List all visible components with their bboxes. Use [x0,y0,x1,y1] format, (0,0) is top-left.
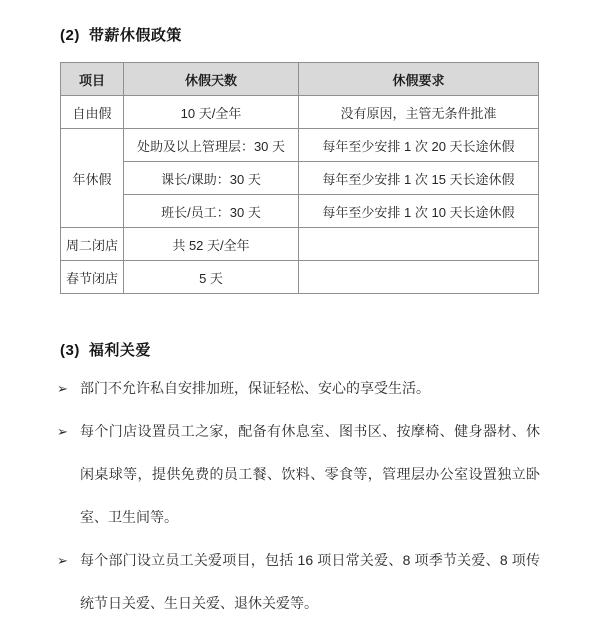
list-item: ➢ 每个门店设置员工之家，配备有休息室、图书区、按摩椅、健身器材、休闲桌球等，提… [60,410,540,539]
cell-days: 课长/课助：30 天 [124,162,299,195]
table-header-item: 项目 [61,63,124,96]
arrow-bullet-icon: ➢ [57,367,68,410]
arrow-bullet-icon: ➢ [57,539,68,582]
table-row: 课长/课助：30 天 每年至少安排 1 次 15 天长途休假 [61,162,539,195]
list-item: ➢ 部门不允许私自安排加班，保证轻松、安心的享受生活。 [60,367,540,410]
cell-requirement: 每年至少安排 1 次 20 天长途休假 [299,129,539,162]
section-number: (3) [60,342,80,359]
cell-requirement: 没有原因，主管无条件批准 [299,96,539,129]
table-header-days: 休假天数 [124,63,299,96]
section-heading-paid-leave: (2)带薪休假政策 [60,26,540,46]
table-header-row: 项目 休假天数 休假要求 [61,63,539,96]
table-row: 周二闭店 共 52 天/全年 [61,228,539,261]
cell-item: 春节闭店 [61,261,124,294]
cell-days: 处助及以上管理层：30 天 [124,129,299,162]
bullet-text: 每个门店设置员工之家，配备有休息室、图书区、按摩椅、健身器材、休闲桌球等，提供免… [80,423,540,525]
section-title: 带薪休假政策 [89,27,182,44]
section-number: (2) [60,27,80,44]
cell-requirement [299,261,539,294]
table-row: 年休假 处助及以上管理层：30 天 每年至少安排 1 次 20 天长途休假 [61,129,539,162]
arrow-bullet-icon: ➢ [57,410,68,453]
paid-leave-table: 项目 休假天数 休假要求 自由假 10 天/全年 没有原因，主管无条件批准 年休… [60,62,539,294]
cell-requirement [299,228,539,261]
welfare-bullet-list: ➢ 部门不允许私自安排加班，保证轻松、安心的享受生活。 ➢ 每个门店设置员工之家… [60,367,540,625]
table-row: 春节闭店 5 天 [61,261,539,294]
bullet-text: 每个部门设立员工关爱项目，包括 16 项日常关爱、8 项季节关爱、8 项传统节日… [80,552,540,611]
cell-days: 共 52 天/全年 [124,228,299,261]
section-heading-welfare: (3)福利关爱 [60,341,540,361]
cell-days: 5 天 [124,261,299,294]
cell-item: 自由假 [61,96,124,129]
cell-item: 周二闭店 [61,228,124,261]
document-page: (2)带薪休假政策 项目 休假天数 休假要求 自由假 10 天/全年 没有原因，… [0,0,600,625]
section-title: 福利关爱 [89,342,151,359]
cell-item-annual-leave: 年休假 [61,129,124,228]
table-header-requirement: 休假要求 [299,63,539,96]
cell-requirement: 每年至少安排 1 次 15 天长途休假 [299,162,539,195]
table-row: 班长/员工：30 天 每年至少安排 1 次 10 天长途休假 [61,195,539,228]
bullet-text: 部门不允许私自安排加班，保证轻松、安心的享受生活。 [80,380,430,396]
table-row: 自由假 10 天/全年 没有原因，主管无条件批准 [61,96,539,129]
list-item: ➢ 每个部门设立员工关爱项目，包括 16 项日常关爱、8 项季节关爱、8 项传统… [60,539,540,625]
cell-days: 班长/员工：30 天 [124,195,299,228]
cell-requirement: 每年至少安排 1 次 10 天长途休假 [299,195,539,228]
cell-days: 10 天/全年 [124,96,299,129]
